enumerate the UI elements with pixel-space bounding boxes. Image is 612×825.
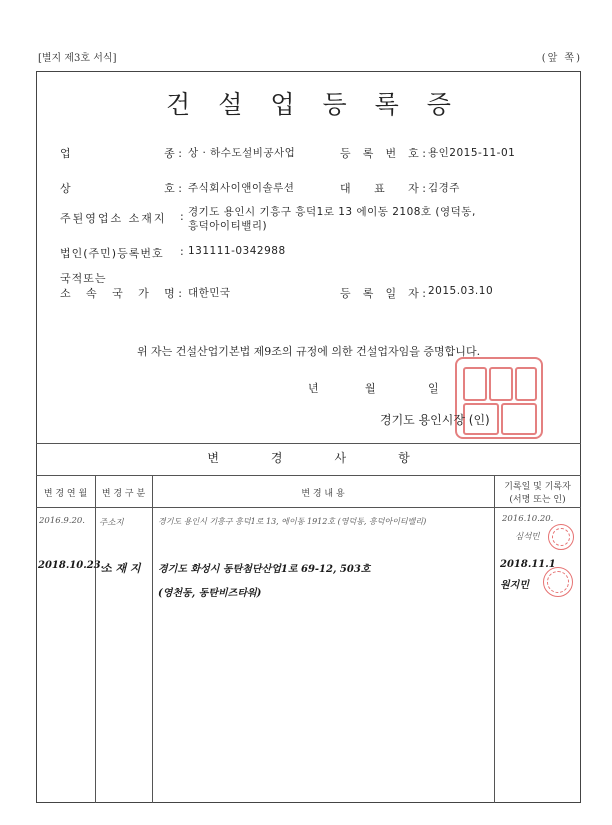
- row1-category: 주소지: [99, 516, 124, 528]
- changes-section-title: 변경사항: [36, 449, 581, 466]
- registration-date-value: 2015.03.10: [428, 285, 493, 297]
- nationality-value: 대한민국: [188, 285, 231, 300]
- column-divider-3: [494, 475, 495, 803]
- representative-value: 김경주: [428, 180, 460, 195]
- col-header-change-type: 변 경 구 분: [95, 486, 152, 499]
- column-divider-2: [152, 475, 153, 803]
- recorder-seal-icon: [543, 567, 573, 597]
- row2-category: 소 재 지: [101, 560, 141, 576]
- row2-recorder: 원지민: [500, 576, 529, 591]
- company-name-value: 주식회사이앤이솔루션: [188, 180, 294, 195]
- nationality-label-line2: 소속국가명 :: [60, 285, 182, 301]
- row1-recorder: 심석민: [515, 530, 540, 542]
- col-header-signature: (서명 또는 인): [494, 492, 581, 505]
- row2-record-date: 2018.11.1: [500, 559, 556, 570]
- column-header-divider: [36, 507, 581, 508]
- issuer-signature: 경기도 용인시장 (인): [380, 411, 490, 428]
- company-name-label: 상호 :: [60, 180, 182, 196]
- section-title-divider: [36, 475, 581, 476]
- table-top-border: [36, 443, 581, 444]
- nationality-label-line1: 국적또는: [60, 270, 107, 286]
- business-type-value: 상 · 하수도설비공사업: [188, 145, 295, 160]
- col-header-change-date: 변 경 연 월: [36, 486, 95, 499]
- address-label: 주된영업소 소재지: [60, 210, 167, 226]
- address-value-line1: 경기도 용인시 기흥구 흥덕1로 13 에이동 2108호 (영덕동,: [188, 204, 476, 219]
- col-header-record-date: 기록일 및 기록자: [494, 479, 581, 492]
- row1-record-date: 2016.10.20.: [502, 514, 553, 524]
- representative-label: 대표자 :: [340, 180, 426, 196]
- registration-no-value: 용인2015-11-01: [428, 145, 515, 160]
- address-colon: :: [180, 210, 184, 223]
- corp-reg-no-label: 법인(주민)등록번호: [60, 245, 164, 261]
- row2-date: 2018.10.23.: [38, 560, 104, 571]
- row2-content-line2: (영천동, 동탄비즈타워): [158, 584, 261, 599]
- address-value-line2: 흥덕아이티밸리): [188, 218, 267, 233]
- date-day: 일: [428, 380, 439, 396]
- page-side-label: (앞 쪽): [542, 49, 582, 64]
- col-header-change-content: 변 경 내 용: [152, 486, 494, 499]
- registration-date-label: 등록일자 :: [340, 285, 426, 301]
- date-month: 월: [365, 380, 376, 396]
- registration-no-label: 등록번호 :: [340, 145, 426, 161]
- corp-reg-no-value: 131111-0342988: [188, 245, 286, 257]
- row1-date: 2016.9.20.: [39, 516, 85, 526]
- recorder-seal-icon: [548, 524, 574, 550]
- document-title: 건설업등록증: [36, 85, 581, 121]
- date-year: 년: [308, 380, 319, 396]
- row1-content: 경기도 용인시 기흥구 흥덕1로 13, 에이동 1912호 (영덕동, 흥덕아…: [158, 516, 426, 527]
- row2-content-line1: 경기도 화성시 동탄첨단산업1로 69-12, 503호: [158, 560, 370, 575]
- column-divider-1: [95, 475, 96, 803]
- corp-reg-no-colon: :: [180, 245, 184, 258]
- business-type-label: 업종 :: [60, 145, 182, 161]
- form-number: [별지 제3호 서식]: [38, 49, 116, 64]
